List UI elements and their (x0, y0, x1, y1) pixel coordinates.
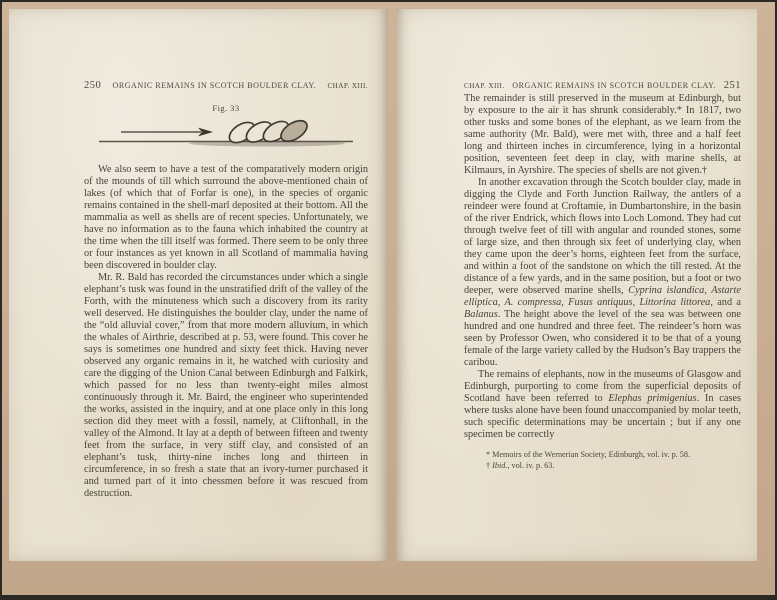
text-run: * Memoirs of the Wernerian Society, Edin… (486, 450, 690, 459)
footnote: † Ibid., vol. iv. p. 63. (486, 461, 741, 472)
italic-term: Balanus (464, 309, 498, 320)
left-chapter-label: CHAP. XIII. (327, 82, 368, 90)
paragraph: The remains of elephants, now in the mus… (464, 369, 741, 441)
text-run: In another excavation through the Scotch… (464, 177, 741, 296)
italic-term: Ibid. (492, 461, 507, 470)
paragraph: The remainder is still preserved in the … (464, 93, 741, 177)
footnotes: * Memoirs of the Wernerian Society, Edin… (486, 450, 741, 471)
right-running-header: CHAP. XIII. ORGANIC REMAINS IN SCOTCH BO… (464, 80, 741, 91)
figure-caption: Fig. 33 (84, 103, 368, 113)
flow-arrow-icon (121, 128, 213, 137)
text-run: We also seem to have a test of the compa… (84, 164, 368, 271)
italic-term: Elephas primigenius (608, 393, 696, 404)
left-running-header: 250 ORGANIC REMAINS IN SCOTCH BOULDER CL… (84, 80, 368, 91)
book-scan: 250 ORGANIC REMAINS IN SCOTCH BOULDER CL… (0, 0, 777, 600)
figure-33-illustration (95, 115, 357, 156)
left-page-number: 250 (84, 80, 101, 91)
text-run: , vol. iv. p. 63. (507, 461, 554, 470)
left-page: 250 ORGANIC REMAINS IN SCOTCH BOULDER CL… (9, 9, 388, 561)
boulder-orientation-drawing (95, 115, 357, 151)
paragraph: In another excavation through the Scotch… (464, 177, 741, 369)
left-running-title: ORGANIC REMAINS IN SCOTCH BOULDER CLAY. (113, 81, 317, 90)
left-page-body: We also seem to have a test of the compa… (84, 164, 368, 500)
text-run: The remainder is still preserved in the … (464, 93, 741, 176)
text-run: Mr. R. Bald has recorded the circumstanc… (84, 272, 368, 499)
paragraph: Mr. R. Bald has recorded the circumstanc… (84, 272, 368, 500)
paragraph: We also seem to have a test of the compa… (84, 164, 368, 272)
right-running-title: ORGANIC REMAINS IN SCOTCH BOULDER CLAY. (512, 81, 716, 90)
right-page-body: The remainder is still preserved in the … (464, 93, 741, 441)
text-run: , and a (710, 297, 741, 308)
text-run: . The height above the level of the sea … (464, 309, 741, 368)
footnote: * Memoirs of the Wernerian Society, Edin… (486, 450, 741, 461)
right-page-number: 251 (724, 80, 741, 91)
right-page: CHAP. XIII. ORGANIC REMAINS IN SCOTCH BO… (396, 9, 757, 561)
right-chapter-label: CHAP. XIII. (464, 82, 505, 90)
